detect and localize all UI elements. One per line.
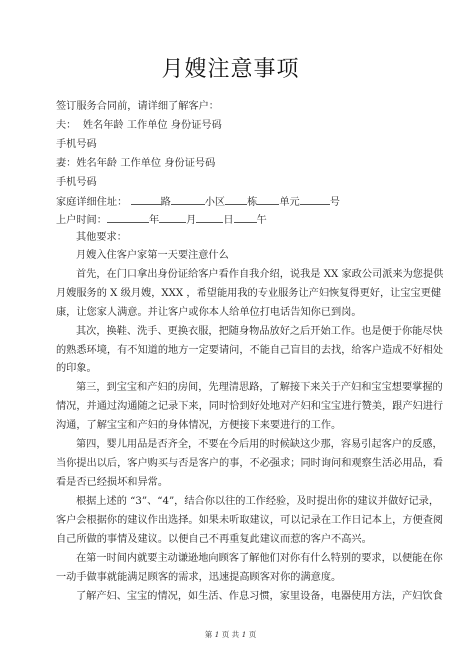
current-page-number: 1 <box>215 630 220 639</box>
paragraph-line: 自己所做的事情及建议。以便自己不再重复此建议而惹的客户不高兴。 <box>56 533 408 547</box>
number-label: 号 <box>330 197 340 208</box>
paragraph-line: 客户会根据你的建议作出选择。如果未听取建议，可以记录在工作日记本上，方便查阅 <box>56 514 408 528</box>
noon-blank <box>234 212 257 223</box>
paragraph-line: 沟通，了解宝宝和产妇的身体情况，方便接下来要进行的工作。 <box>56 419 408 433</box>
start-time-label: 上户时间： <box>56 215 107 226</box>
address-line: 家庭详细住址： 路小区栋单元号 <box>56 194 408 210</box>
wife-phone-line: 手机号码 <box>56 176 408 190</box>
paragraph-line: 一动手做事就能满足顾客的需求，迅速提高顾客对你的满意度。 <box>56 571 408 585</box>
total-page-count: 1 <box>242 630 247 639</box>
paragraph-line: 看是否已经损坏和异常。 <box>56 476 408 490</box>
month-blank <box>159 212 186 223</box>
paragraph-line: 的熟悉环境，有不知道的地方一定要请问，不能自己盲目的去找，给客户造成不好相处 <box>56 344 408 358</box>
number-blank <box>300 194 330 205</box>
paragraph-line: 当你提出以后，客户购买与否是客户的事，不必强求；同时询问和观察生活必用品，看 <box>56 457 408 471</box>
husband-label: 夫： <box>56 120 76 131</box>
footer-mid: 页 共 <box>222 630 239 639</box>
intro-line: 签订服务合同前，请详细了解客户： <box>56 100 408 114</box>
paragraph-line: 根据上述的 “3”、“4”，结合你以往的工作经验，及时提出你的建议并做好记录， <box>76 495 408 509</box>
paragraph-line: 在第一时间内就要主动谦逊地向顾客了解他们对你有什么特别的要求，以便能在你 <box>76 552 408 566</box>
day-label: 日 <box>223 215 233 226</box>
husband-phone-line: 手机号码 <box>56 138 408 152</box>
paragraph-line: 其次，换鞋、洗手、更换衣服，把随身物品放好之后开始工作。也是便于你能尽快 <box>76 325 408 339</box>
building-blank <box>225 194 247 205</box>
footer-suffix: 页 <box>249 630 257 639</box>
community-label: 小区 <box>205 197 225 208</box>
paragraph-line: 第四，婴儿用品是否齐全，不要在今后用的时候缺这少那，容易引起客户的反感， <box>76 438 408 452</box>
year-blank <box>107 212 149 223</box>
day-blank <box>196 212 223 223</box>
paragraph-line: 月嫂服务的 X 级月嫂，XXX ，希望能用我的专业服务让产妇恢复得更好，让宝宝更… <box>56 287 408 301</box>
building-label: 栋 <box>247 197 257 208</box>
address-label: 家庭详细住址： <box>56 197 127 208</box>
paragraph-line: 康，让您家人满意。并让客户或你本人给单位打电话告知你已到岗。 <box>56 306 408 320</box>
start-time-line: 上户时间：年月日午 <box>56 212 408 228</box>
paragraph-line: 第三，到宝宝和产妇的房间，先理清思路，了解接下来关于产妇和宝宝想要掌握的 <box>76 381 408 395</box>
footer-prefix: 第 <box>205 630 213 639</box>
paragraph-line: 首先，在门口拿出身份证给客户看作自我介绍，说我是 XX 家政公司派来为您提供 <box>76 268 408 282</box>
husband-line: 夫： 姓名年龄 工作单位 身份证号码 <box>56 119 408 133</box>
paragraph-line: 了解产妇、宝宝的情况，如生活、作息习惯，家里设备，电器使用方法，产妇饮食 <box>76 590 408 604</box>
other-requirements: 其他要求： <box>76 231 408 245</box>
page-footer: 第 1 页 共 1 页 <box>0 629 461 640</box>
road-label: 路 <box>161 197 171 208</box>
community-blank <box>171 194 205 205</box>
year-label: 年 <box>149 215 159 226</box>
husband-fields: 姓名年龄 工作单位 身份证号码 <box>83 120 222 131</box>
unit-label: 单元 <box>279 197 299 208</box>
noon-label: 午 <box>257 215 267 226</box>
paragraph-line: 情况，并通过沟通随之记录下来，同时恰到好处地对产妇和宝宝进行赞美，跟产妇进行 <box>56 400 408 414</box>
wife-line: 妻：姓名年龄 工作单位 身份证号码 <box>56 157 408 171</box>
document-title: 月嫂注意事项 <box>0 52 461 83</box>
unit-blank <box>257 194 279 205</box>
month-label: 月 <box>186 215 196 226</box>
section-heading: 月嫂入住客户家第一天要注意什么 <box>76 249 408 263</box>
paragraph-line: 的印象。 <box>56 362 408 376</box>
road-blank <box>131 194 161 205</box>
